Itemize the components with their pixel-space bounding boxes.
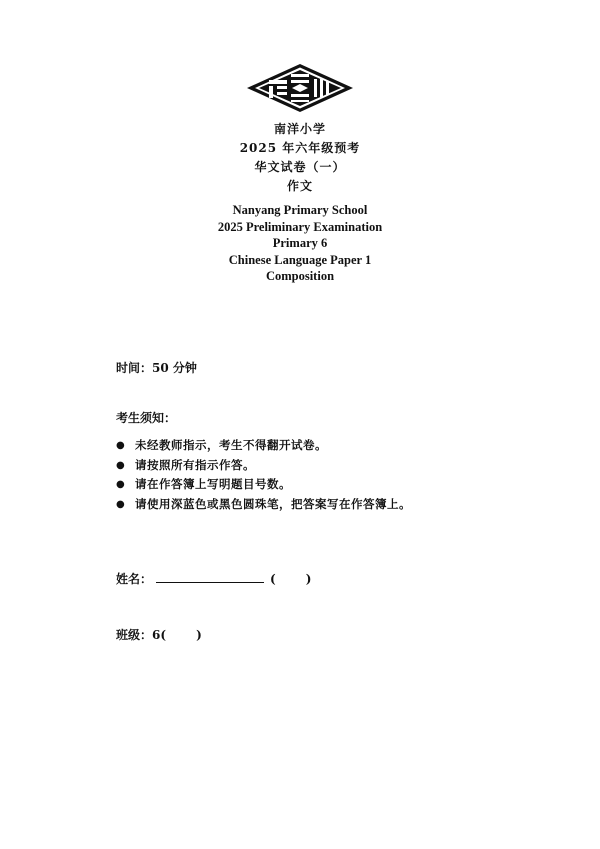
instruction-item: ●请使用深蓝色或黑色圆珠笔，把答案写在作答簿上。 [116,495,411,515]
school-crest-icon [247,64,353,112]
bullet-dot-icon: ● [116,436,135,456]
instruction-item: ●请在作答簿上写明题目号数。 [116,475,411,495]
instruction-item: ●未经教师指示，考生不得翻开试卷。 [116,436,411,456]
school-name-zh: 南洋小学 [0,120,600,139]
english-title-block: Nanyang Primary School 2025 Preliminary … [0,202,600,285]
name-label: 姓名： [116,572,152,586]
instruction-item: ●请按照所有指示作答。 [116,456,411,476]
class-close-paren: ) [196,628,202,642]
bullet-dot-icon: ● [116,475,135,495]
bullet-dot-icon: ● [116,495,135,515]
section-name-en: Composition [0,268,600,285]
class-open-paren: ( [160,628,166,642]
section-name-zh: 作文 [0,177,600,196]
time-allowed: 时间：50 分钟 [116,359,197,376]
instructions-list: ●未经教师指示，考生不得翻开试卷。 ●请按照所有指示作答。 ●请在作答簿上写明题… [116,436,411,514]
exam-name-en: 2025 Preliminary Examination [0,219,600,236]
bullet-dot-icon: ● [116,456,135,476]
index-close-paren: ) [306,572,312,586]
class-row: 班级：6() [116,626,202,643]
level-en: Primary 6 [0,235,600,252]
paper-name-en: Chinese Language Paper 1 [0,252,600,269]
chinese-title-block: 南洋小学 2025 年六年级预考 华文试卷（一） 作文 [0,120,600,196]
name-field[interactable] [156,573,264,583]
class-label: 班级： [116,628,152,642]
index-open-paren: ( [270,572,276,586]
time-label: 时间： [116,361,152,375]
name-row: 姓名：() [116,570,311,587]
school-name-en: Nanyang Primary School [0,202,600,219]
paper-name-zh: 华文试卷（一） [0,158,600,177]
exam-name-zh: 2025 年六年级预考 [0,139,600,158]
instructions-heading: 考生须知： [116,409,176,426]
time-value: 50 分钟 [152,361,197,375]
